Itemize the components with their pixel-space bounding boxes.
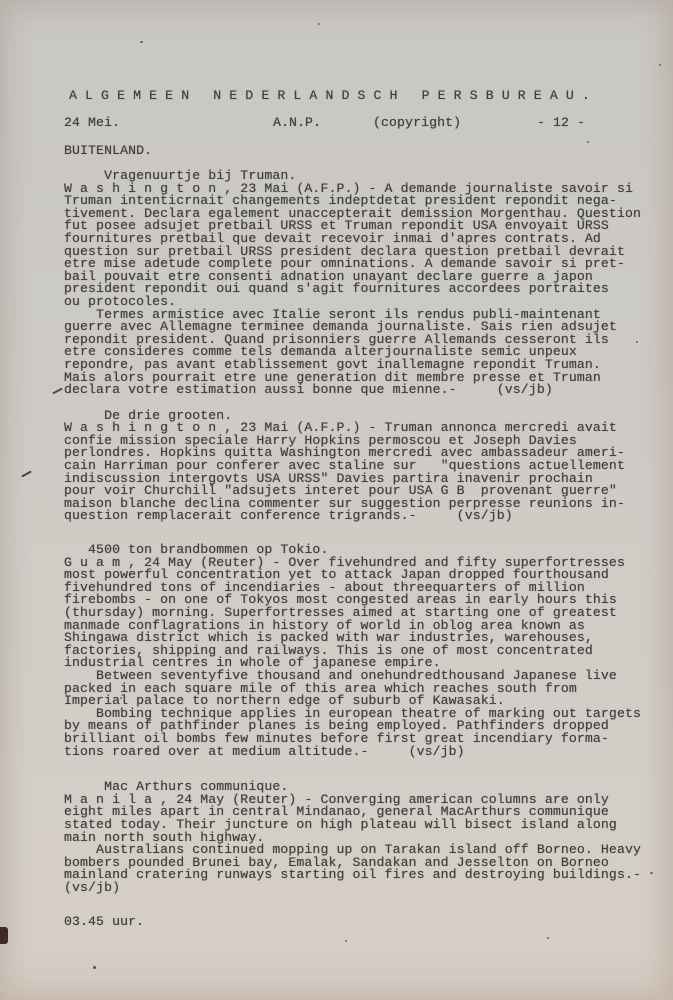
article-lines: W a s h i n g t o n , 23 Mai (A.F.P.) - …: [64, 422, 664, 523]
scan-speck: [140, 41, 143, 43]
article-line: mainland cratering runways starting oil …: [64, 869, 664, 882]
agency-title: A L G E M E E N N E D E R L A N D S C H …: [69, 90, 590, 103]
article-line: question remplacerait conference trigran…: [64, 510, 664, 523]
ink-blob-edge-mark: [0, 927, 8, 944]
page-number: - 12 -: [537, 117, 585, 130]
article-line: declara votre estimation aussi bonne que…: [64, 384, 664, 397]
pencil-slash-mark: [52, 388, 63, 395]
news-article: Mac Arthurs communique. M a n i l a , 24…: [64, 781, 664, 894]
scan-speck: [636, 341, 638, 343]
news-article: Vragenuurtje bij Truman. W a s h i n g t…: [64, 170, 664, 397]
article-line: tions roared over at medium altitude.- (…: [64, 746, 664, 759]
scan-speck: [650, 872, 653, 874]
pencil-slash-mark: [21, 471, 32, 478]
article-lines: G u a m , 24 May (Reuter) - Over fivehun…: [64, 557, 664, 759]
scan-speck: [659, 64, 661, 66]
header-meta-row: 24 Mei. A.N.P. (copyright) - 12 -: [64, 117, 634, 131]
issue-date: 24 Mei.: [64, 117, 120, 130]
article-lines: M a n i l a , 24 May (Reuter) - Convergi…: [64, 794, 664, 895]
scan-speck: [120, 697, 122, 699]
scan-speck: [345, 940, 347, 942]
article-lines: W a s h i n g t o n , 23 Mai (A.F.P.) - …: [64, 183, 664, 397]
news-article: 4500 ton brandbommen op Tokio. G u a m ,…: [64, 544, 664, 758]
copyright-notice: (copyright): [373, 117, 461, 130]
section-heading: BUITENLAND.: [64, 145, 152, 158]
articles: Vragenuurtje bij Truman. W a s h i n g t…: [64, 170, 664, 894]
news-article: De drie grooten. W a s h i n g t o n , 2…: [64, 410, 664, 523]
scan-speck: [587, 141, 589, 143]
scan-speck: [93, 966, 96, 969]
article-line: (vs/jb): [64, 882, 664, 895]
scan-speck: [318, 23, 320, 25]
scan-speck: [547, 937, 549, 939]
transmission-time: 03.45 uur.: [64, 916, 144, 929]
agency-abbreviation: A.N.P.: [273, 117, 321, 130]
scanned-press-bulletin-page: A L G E M E E N N E D E R L A N D S C H …: [0, 0, 673, 1000]
